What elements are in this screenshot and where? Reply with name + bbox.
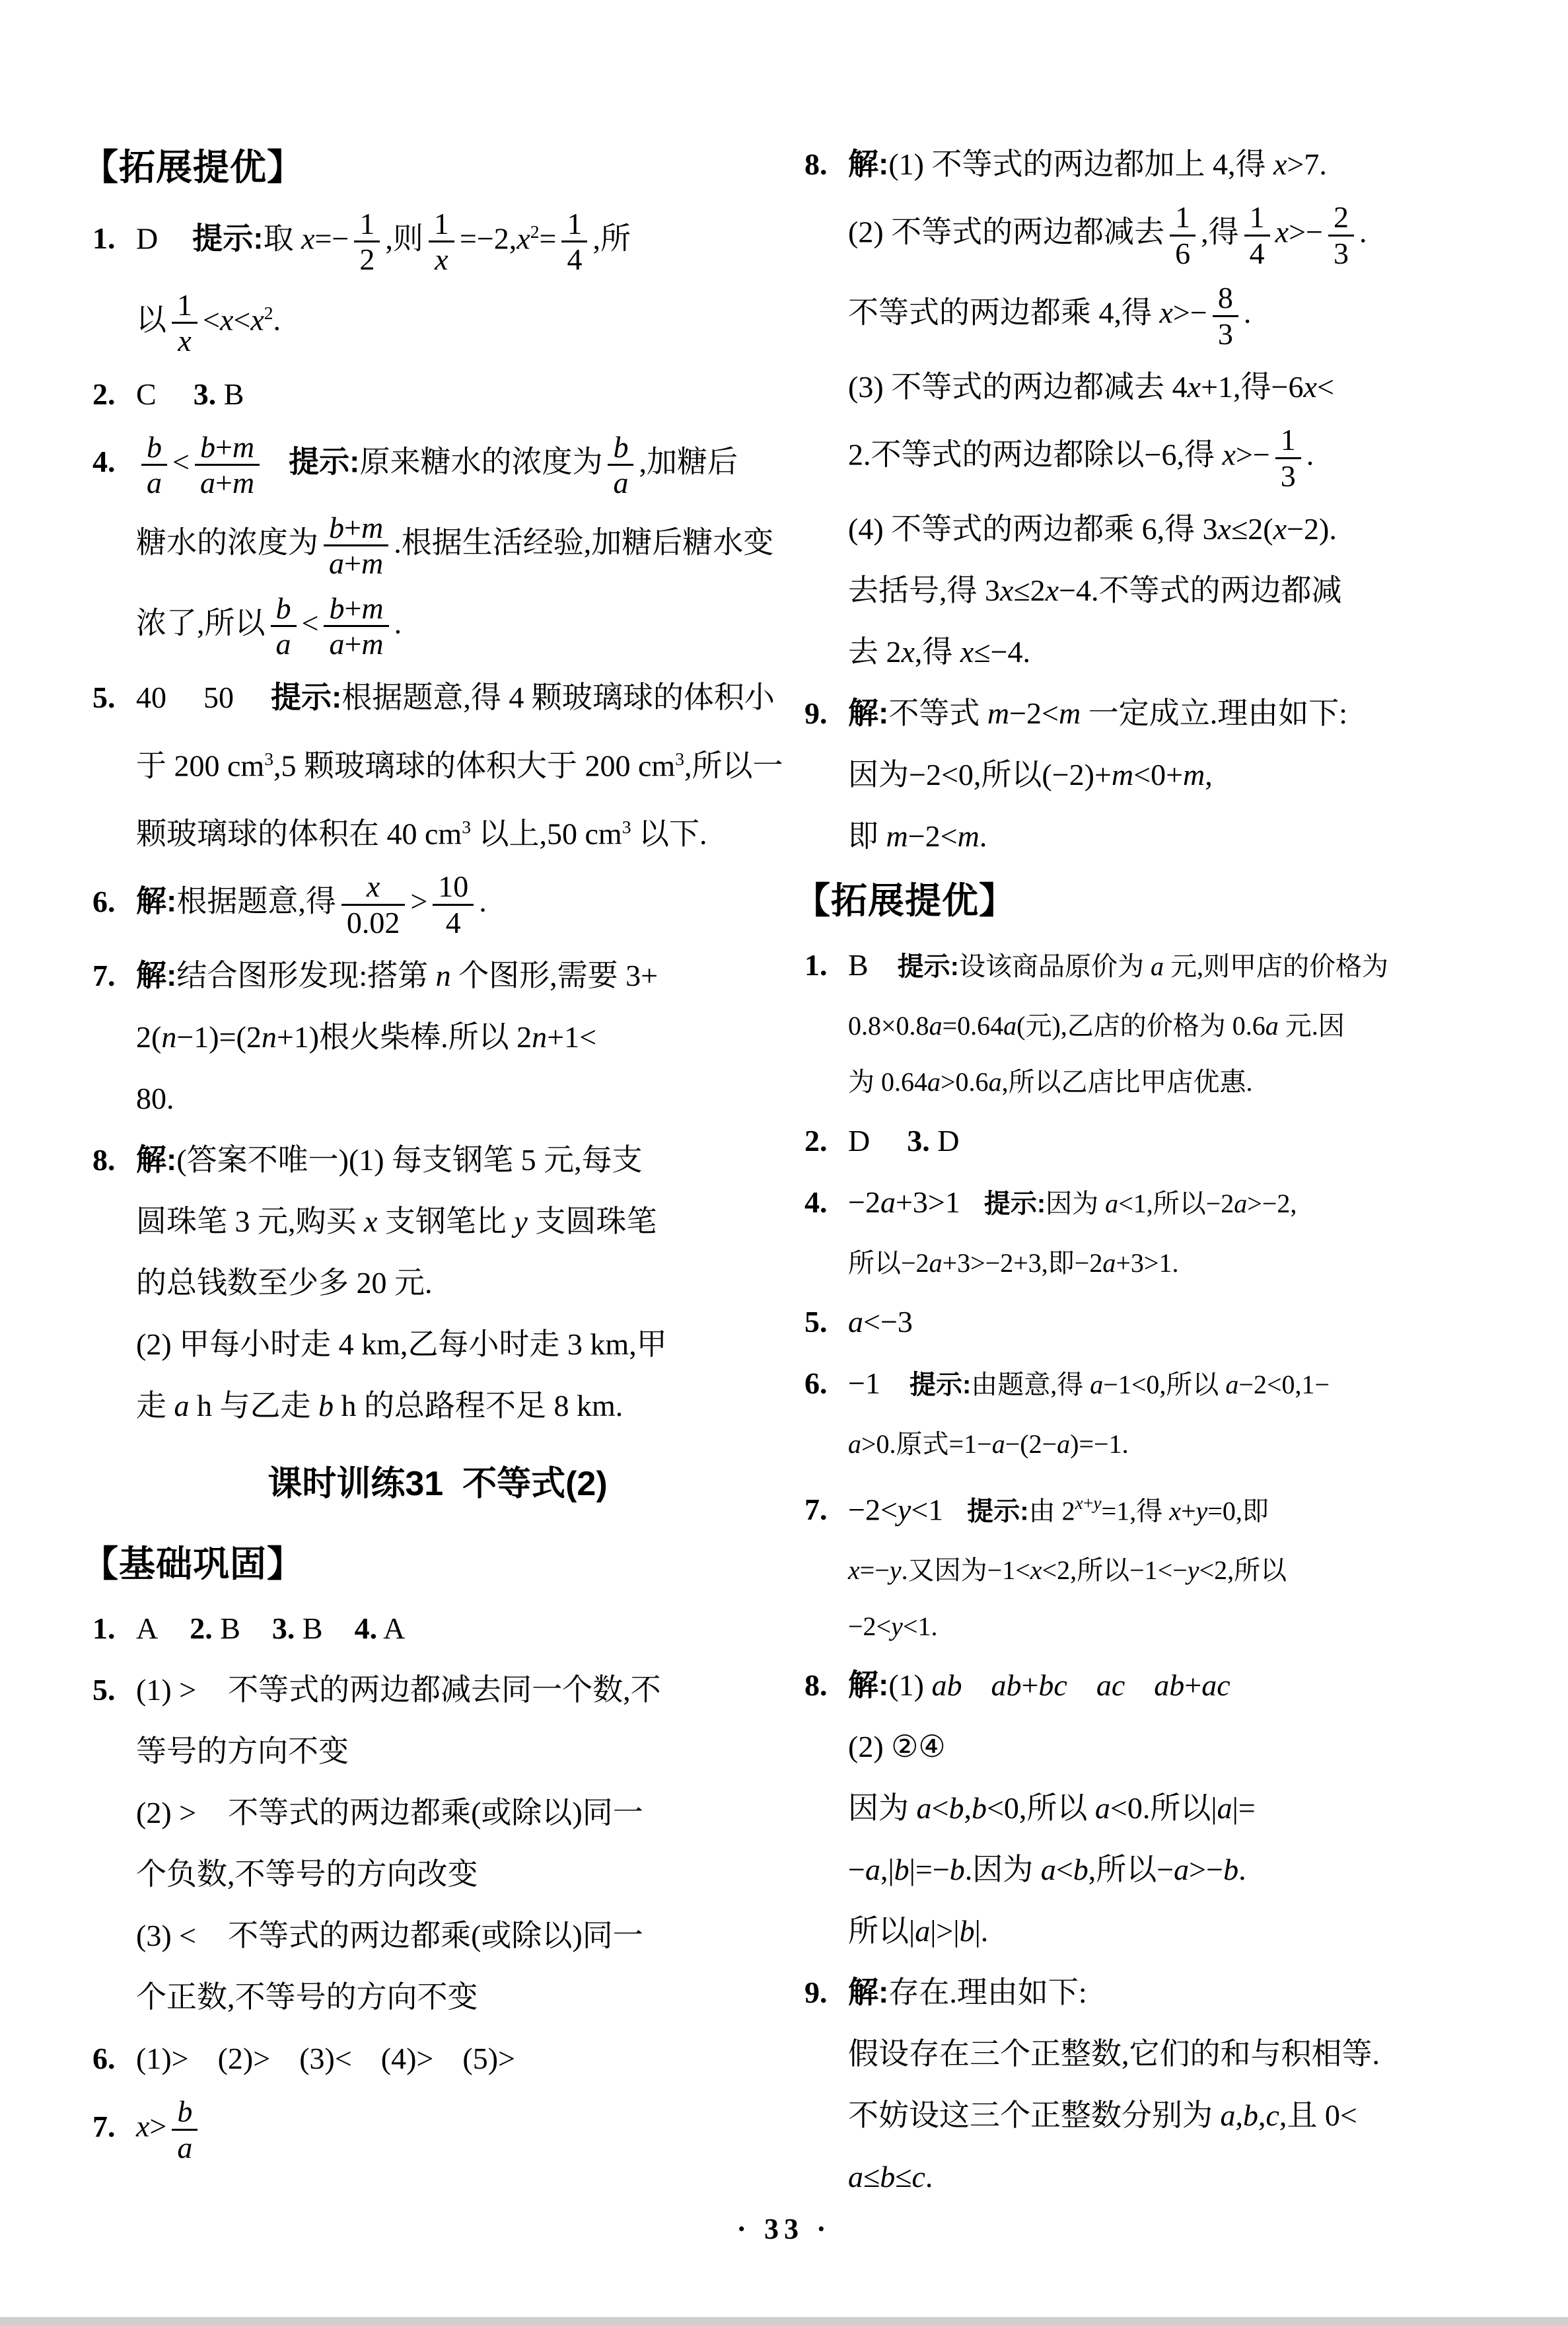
text-run: 不等式 bbox=[888, 696, 987, 730]
text-run: 等号的方向不变 bbox=[136, 1734, 349, 1768]
text-line: 圆珠笔 3 元,购买 x 支钢笔比 y 支圆珠笔 bbox=[92, 1191, 783, 1252]
fraction-denominator: a bbox=[608, 464, 633, 500]
math-variable: m bbox=[361, 546, 383, 580]
text-run: B bbox=[848, 948, 869, 982]
text-run: 不等式的两边都减去同一个数,不 bbox=[228, 1673, 661, 1707]
text-line: 去 2x,得 x≤−4. bbox=[804, 621, 1501, 683]
text-run: 根据题意,得 bbox=[176, 885, 336, 918]
text-run: 40 bbox=[136, 681, 166, 714]
answer-item: 7.解:结合图形发现:搭第 n 个图形,需要 3+2(n−1)=(2n+1)根火… bbox=[92, 945, 783, 1129]
math-variable: x bbox=[1000, 573, 1013, 607]
item-number: 7. bbox=[92, 945, 136, 1006]
math-variable: a bbox=[1221, 2098, 1236, 2132]
fraction-denominator: x bbox=[429, 240, 454, 277]
text-run: (1)> bbox=[136, 2042, 189, 2075]
text-run: . bbox=[980, 819, 987, 853]
text-line: 5.a<−3 bbox=[804, 1291, 1501, 1352]
fraction-numerator: 1 bbox=[1275, 423, 1301, 457]
fraction: 12 bbox=[354, 207, 380, 277]
text-run: , bbox=[1236, 2098, 1244, 2132]
fraction-numerator: b bbox=[141, 430, 167, 464]
answer-item: 9.解:存在.理由如下:假设存在三个正整数,它们的和与积相等.不妨设这三个正整数… bbox=[804, 1962, 1501, 2207]
math-variable: b bbox=[200, 430, 215, 464]
math-variable: a bbox=[929, 1248, 943, 1278]
text-line: −a,|b|=−b.因为 a<b,所以−a>−b. bbox=[804, 1839, 1501, 1900]
math-variable: b bbox=[329, 591, 344, 625]
item-number: 5. bbox=[92, 1659, 136, 1720]
text-line: 9.解:存在.理由如下: bbox=[804, 1962, 1501, 2023]
text-run: 3 bbox=[1281, 459, 1296, 493]
math-variable: y bbox=[898, 1493, 911, 1526]
text-run: 4 bbox=[1250, 237, 1265, 270]
text-run: >0.6 bbox=[941, 1067, 989, 1097]
fraction-numerator: b+m bbox=[324, 511, 388, 545]
item-number: 4. bbox=[92, 431, 136, 492]
solution-label: 提示: bbox=[289, 444, 359, 478]
math-variable: a bbox=[1234, 1189, 1247, 1218]
math-variable: a bbox=[329, 546, 344, 580]
text-run: +3>−2+3,即−2 bbox=[943, 1248, 1103, 1278]
text-run: . bbox=[273, 303, 281, 336]
fraction-denominator: 4 bbox=[433, 904, 474, 940]
text-run: + bbox=[344, 591, 361, 625]
math-variable: b bbox=[329, 511, 344, 544]
fraction-numerator: b+m bbox=[195, 430, 260, 464]
text-run: > bbox=[410, 885, 427, 918]
text-run: > bbox=[149, 2110, 166, 2143]
text-run: 0.8×0.8 bbox=[848, 1011, 929, 1041]
text-line: 以1x<x<x2. bbox=[92, 282, 783, 363]
item-number: 7. bbox=[804, 1479, 848, 1540]
fraction-numerator: b bbox=[608, 430, 633, 464]
math-variable: a bbox=[1003, 1011, 1016, 1041]
text-run: 不等式的两边都乘(或除以)同一 bbox=[228, 1919, 643, 1952]
math-variable: x bbox=[367, 869, 380, 903]
text-line: 因为 a<b,b<0,所以 a<0.所以|a|= bbox=[804, 1777, 1501, 1839]
text-line: (4) 不等式的两边都乘 6,得 3x≤2(x−2). bbox=[804, 498, 1501, 560]
math-variable: m bbox=[1059, 696, 1081, 730]
math-variable: ac bbox=[1201, 1668, 1230, 1702]
text-run: 去 2 bbox=[848, 635, 902, 669]
text-run: 存在.理由如下: bbox=[888, 1975, 1087, 2009]
text-run: (2) 甲每小时走 4 km,乙每小时走 3 km,甲 bbox=[136, 1327, 667, 1361]
math-variable: m bbox=[1183, 758, 1205, 792]
text-run: ,所以乙店比甲店优惠. bbox=[1002, 1067, 1253, 1097]
text-run: < bbox=[932, 1791, 949, 1825]
text-run: C bbox=[136, 377, 157, 411]
math-variable: x bbox=[136, 2110, 149, 2143]
text-line: 9.解:不等式 m−2<m 一定成立.理由如下: bbox=[804, 683, 1501, 744]
text-line: 1.A2. B3. B4. A bbox=[92, 1598, 783, 1659]
math-variable: x bbox=[1160, 296, 1173, 330]
text-line: 8.解:(1) 不等式的两边都加上 4,得 x>7. bbox=[804, 133, 1501, 195]
math-variable: x bbox=[1218, 512, 1231, 546]
text-run: ,得 bbox=[1201, 215, 1239, 249]
text-run: <0+ bbox=[1133, 758, 1183, 792]
fraction-denominator: a bbox=[141, 464, 167, 500]
text-run: 1 bbox=[434, 207, 449, 240]
item-number: 2. bbox=[804, 1110, 848, 1171]
text-run: 元,则甲店的价格为 bbox=[1164, 951, 1388, 981]
text-run: 4 bbox=[567, 242, 582, 276]
page-number: · 33 · bbox=[0, 2212, 1568, 2246]
text-run: − bbox=[848, 1853, 865, 1886]
text-run: 以上,50 cm bbox=[471, 817, 622, 850]
text-run: 2 bbox=[1334, 200, 1349, 234]
text-run: 10 bbox=[438, 869, 468, 903]
text-run: 0.02 bbox=[347, 906, 400, 940]
text-run: . bbox=[1244, 296, 1252, 330]
solution-label: 提示: bbox=[909, 1370, 971, 1399]
text-run: 3 bbox=[1218, 317, 1233, 351]
text-run: . bbox=[394, 606, 402, 640]
text-line: 8.解:(答案不唯一)(1) 每支钢笔 5 元,每支 bbox=[92, 1129, 783, 1191]
text-line: 于 200 cm3,5 颗玻璃球的体积大于 200 cm3,所以一 bbox=[92, 728, 783, 796]
text-run: >− bbox=[1236, 438, 1270, 472]
text-run: 支钢笔比 bbox=[377, 1204, 514, 1238]
text-line: 个正数,不等号的方向不变 bbox=[92, 1966, 783, 2028]
math-variable: x bbox=[301, 221, 314, 255]
text-run: .根据生活经验,加糖后糖水变 bbox=[394, 525, 773, 559]
text-run: < bbox=[233, 303, 250, 336]
math-variable: b bbox=[177, 2094, 192, 2128]
math-variable: x bbox=[1222, 438, 1235, 472]
math-variable: b bbox=[960, 1914, 975, 1948]
superscript: 2 bbox=[264, 303, 273, 323]
text-line: 2.C3. B bbox=[92, 363, 783, 425]
left-column: 【拓展提优】1.D提示:取 x=−12,则1x=−2,x2=14,所以1x<x<… bbox=[92, 133, 783, 2170]
item-number: 1. bbox=[92, 207, 136, 269]
text-line: 0.8×0.8a=0.64a(元),乙店的价格为 0.6a 元.因 bbox=[804, 998, 1501, 1054]
text-run: =1,得 bbox=[1102, 1496, 1170, 1526]
text-run: 8 bbox=[1218, 281, 1233, 314]
text-line: 6.−1提示:由题意,得 a−1<0,所以 a−2<0,1− bbox=[804, 1352, 1501, 1416]
text-run: 以 bbox=[136, 303, 166, 336]
answer-item: 8.解:(答案不唯一)(1) 每支钢笔 5 元,每支圆珠笔 3 元,购买 x 支… bbox=[92, 1129, 783, 1436]
text-run: 3 bbox=[1334, 237, 1349, 270]
text-run: 根据题意,得 4 颗玻璃球的体积小 bbox=[341, 681, 775, 714]
text-run: 由 2 bbox=[1029, 1496, 1075, 1526]
superscript: 2 bbox=[530, 221, 540, 242]
text-run: ≤2( bbox=[1231, 512, 1273, 546]
text-run: 因为−2<0,所以(−2)+ bbox=[848, 758, 1112, 792]
text-run: >0.原式=1− bbox=[861, 1429, 992, 1459]
text-run: + bbox=[215, 466, 232, 499]
text-run: =0,即 bbox=[1207, 1496, 1269, 1526]
fraction-numerator: 8 bbox=[1213, 281, 1238, 315]
math-variable: x bbox=[435, 242, 448, 276]
math-variable: ab bbox=[991, 1668, 1021, 1702]
math-variable: ab bbox=[931, 1668, 962, 1702]
text-run: (1) bbox=[888, 1668, 931, 1702]
text-run: −2). bbox=[1287, 512, 1337, 546]
text-run: (4)> bbox=[381, 2042, 434, 2075]
text-run: =0.64 bbox=[943, 1011, 1004, 1041]
math-variable: a bbox=[848, 2160, 863, 2194]
math-variable: a bbox=[329, 627, 344, 661]
lesson-heading: 课时训练31 不等式(2) bbox=[92, 1454, 783, 1514]
item-number: 4. bbox=[804, 1171, 848, 1233]
text-run: + bbox=[1184, 1668, 1201, 1702]
text-run: 80. bbox=[136, 1082, 174, 1115]
math-variable: m bbox=[987, 696, 1009, 730]
text-line: 1.D提示:取 x=−12,则1x=−2,x2=14,所 bbox=[92, 201, 783, 282]
math-variable: n bbox=[262, 1020, 277, 1054]
fraction-denominator: 2 bbox=[354, 240, 380, 277]
math-variable: a bbox=[1174, 1853, 1189, 1886]
superscript: 3 bbox=[264, 749, 273, 769]
solution-label: 解: bbox=[848, 1668, 888, 1702]
text-run: 结合图形发现:搭第 bbox=[176, 959, 435, 992]
item-number-inline: 2. bbox=[190, 1611, 213, 1645]
math-variable: a bbox=[1225, 1370, 1238, 1399]
text-run: + bbox=[1083, 1493, 1094, 1513]
text-run: D bbox=[136, 221, 158, 255]
text-run: =− bbox=[314, 221, 349, 255]
text-run: (3) 不等式的两边都减去 4 bbox=[848, 370, 1188, 404]
math-variable: a bbox=[1041, 1853, 1056, 1886]
fraction-numerator: 1 bbox=[429, 207, 454, 241]
item-number: 2. bbox=[92, 363, 136, 425]
text-run: −1)=(2 bbox=[176, 1020, 262, 1054]
text-run: = bbox=[539, 221, 556, 255]
text-line: 即 m−2<m. bbox=[804, 805, 1501, 867]
text-run: <0.所以| bbox=[1110, 1791, 1217, 1825]
fraction: 83 bbox=[1213, 281, 1238, 351]
text-line: 7.−2<y<1提示:由 2x+y=1,得 x+y=0,即 bbox=[804, 1472, 1501, 1542]
text-run: 浓了,所以 bbox=[136, 606, 266, 640]
text-run: 一定成立.理由如下: bbox=[1081, 696, 1347, 730]
text-run: ,则 bbox=[385, 221, 423, 255]
fraction-denominator: a bbox=[172, 2129, 197, 2165]
answer-item: 8.解:(1) abab+bcacab+ac(2) ②④因为 a<b,b<0,所… bbox=[804, 1654, 1501, 1962]
fraction: ba bbox=[608, 430, 633, 500]
fraction: ba bbox=[141, 430, 167, 500]
math-variable: a bbox=[915, 1914, 930, 1948]
text-run: 走 bbox=[136, 1389, 174, 1422]
text-run: (2) 不等式的两边都减去 bbox=[848, 215, 1164, 249]
fraction: ba bbox=[271, 591, 297, 661]
text-line: 因为−2<0,所以(−2)+m<0+m, bbox=[804, 744, 1501, 805]
answer-item: 1.D提示:取 x=−12,则1x=−2,x2=14,所以1x<x<x2. bbox=[92, 201, 783, 363]
text-line: −2<y<1. bbox=[804, 1598, 1501, 1654]
answer-item: 4.ba<b+ma+m提示:原来糖水的浓度为ba,加糖后糖水的浓度为b+ma+m… bbox=[92, 425, 783, 667]
text-run: ,5 颗玻璃球的体积大于 200 cm bbox=[273, 749, 675, 782]
text-run: −2<0,1− bbox=[1238, 1370, 1330, 1399]
math-variable: a bbox=[1265, 1011, 1279, 1041]
text-run: 2.不等式的两边都除以−6,得 bbox=[848, 438, 1222, 472]
text-run: 假设存在三个正整数,它们的和与积相等. bbox=[848, 2037, 1380, 2071]
math-variable: m bbox=[886, 819, 908, 853]
text-run: , bbox=[1258, 2098, 1266, 2132]
math-variable: ac bbox=[1096, 1668, 1125, 1702]
math-variable: m bbox=[361, 511, 383, 544]
text-line: 2.不等式的两边都除以−6,得 x>−13. bbox=[804, 418, 1501, 498]
text-run: (1) > bbox=[136, 1673, 196, 1707]
math-variable: y bbox=[514, 1204, 527, 1238]
fraction-denominator: 4 bbox=[1244, 235, 1270, 271]
math-variable: b bbox=[880, 2160, 895, 2194]
fraction-numerator: 1 bbox=[1244, 200, 1270, 235]
text-run: −1<0,所以 bbox=[1103, 1370, 1225, 1399]
fraction: 23 bbox=[1328, 200, 1354, 270]
math-variable: m bbox=[361, 591, 383, 625]
text-line: (2) 甲每小时走 4 km,乙每小时走 3 km,甲 bbox=[92, 1313, 783, 1375]
text-run: 1 bbox=[177, 288, 192, 322]
fraction: 14 bbox=[1244, 200, 1270, 270]
text-run: h 的总路程不足 8 km. bbox=[334, 1389, 623, 1422]
item-number: 9. bbox=[804, 683, 848, 744]
text-run: A bbox=[136, 1611, 158, 1645]
text-run: 由题意,得 bbox=[971, 1370, 1090, 1399]
fraction: 1x bbox=[429, 207, 454, 277]
item-number-inline: 3. bbox=[194, 377, 217, 411]
math-variable: a bbox=[1057, 1429, 1070, 1459]
text-line: (2) ②④ bbox=[804, 1716, 1501, 1777]
item-number: 1. bbox=[92, 1598, 136, 1659]
text-run: + bbox=[1181, 1496, 1196, 1526]
text-line: 6.解:根据题意,得x0.02>104. bbox=[92, 864, 783, 945]
answer-item: 1.B提示:设该商品原价为 a 元,则甲店的价格为0.8×0.8a=0.64a(… bbox=[804, 934, 1501, 1110]
text-run: +1< bbox=[547, 1020, 596, 1054]
text-line: 2(n−1)=(2n+1)根火柴棒.所以 2n+1< bbox=[92, 1006, 783, 1068]
text-run: . bbox=[1238, 1853, 1246, 1886]
text-line: 走 a h 与乙走 b h 的总路程不足 8 km. bbox=[92, 1375, 783, 1436]
math-variable: m bbox=[232, 466, 254, 499]
text-run: .又因为−1< bbox=[902, 1555, 1030, 1585]
text-run: +3>1 bbox=[896, 1185, 960, 1219]
solution-label: 解: bbox=[848, 1975, 888, 2009]
math-variable: m bbox=[958, 819, 980, 853]
math-variable: x bbox=[1273, 512, 1287, 546]
solution-label: 提示: bbox=[192, 221, 263, 255]
text-line: 不妨设这三个正整数分别为 a,b,c,且 0< bbox=[804, 2085, 1501, 2146]
math-variable: a bbox=[613, 466, 628, 499]
answer-item: 5.(1) >不等式的两边都减去同一个数,不等号的方向不变(2) >不等式的两边… bbox=[92, 1659, 783, 2028]
math-variable: a bbox=[1217, 1791, 1232, 1825]
text-run: < bbox=[1056, 1853, 1073, 1886]
text-run: 支圆珠笔 bbox=[528, 1204, 657, 1238]
solution-label: 解: bbox=[136, 958, 176, 992]
fraction-numerator: b bbox=[271, 591, 297, 626]
math-variable: y bbox=[891, 1611, 903, 1641]
text-line: x=−y.又因为−1<x<2,所以−1<−y<2,所以 bbox=[804, 1542, 1501, 1598]
text-run: (3) < bbox=[136, 1919, 196, 1952]
item-number: 5. bbox=[804, 1291, 848, 1352]
text-run: <0,所以 bbox=[987, 1791, 1095, 1825]
text-run: 为 0.64 bbox=[848, 1067, 927, 1097]
text-line: 所以−2a+3>−2+3,即−2a+3>1. bbox=[804, 1235, 1501, 1291]
text-line: 1.B提示:设该商品原价为 a 元,则甲店的价格为 bbox=[804, 934, 1501, 998]
math-variable: x bbox=[220, 303, 233, 336]
answer-item: 1.A2. B3. B4. A bbox=[92, 1598, 783, 1659]
text-run: 的总钱数至少多 20 元. bbox=[136, 1266, 433, 1300]
superscript: x+y bbox=[1075, 1493, 1102, 1513]
text-run: +1,得−6 bbox=[1201, 370, 1303, 404]
text-run: 2( bbox=[136, 1020, 161, 1054]
text-run: 因为 bbox=[848, 1791, 917, 1825]
section-heading: 【拓展提优】 bbox=[794, 867, 1501, 934]
page-bottom-edge bbox=[0, 2317, 1568, 2325]
text-run: ,加糖后 bbox=[639, 445, 738, 478]
item-number-inline: 4. bbox=[355, 1611, 378, 1645]
fraction: 1x bbox=[172, 288, 197, 358]
math-variable: x bbox=[848, 1555, 860, 1585]
text-run: <1,所以−2 bbox=[1118, 1189, 1234, 1218]
answer-item: 7.x>ba bbox=[92, 2089, 783, 2170]
item-number-inline: 3. bbox=[272, 1611, 295, 1645]
superscript: 3 bbox=[622, 817, 631, 837]
math-variable: x bbox=[1275, 215, 1289, 249]
text-run: 糖水的浓度为 bbox=[136, 525, 318, 559]
math-variable: m bbox=[232, 430, 254, 464]
text-run: +1)根火柴棒.所以 2 bbox=[277, 1020, 532, 1054]
text-run: (2) > bbox=[136, 1796, 196, 1829]
text-run: ,得 bbox=[915, 635, 960, 669]
math-variable: a bbox=[276, 627, 291, 661]
text-run: 元.因 bbox=[1279, 1011, 1345, 1041]
math-variable: b bbox=[1223, 1853, 1238, 1886]
math-variable: y bbox=[1196, 1496, 1208, 1526]
answer-item: 8.解:(1) 不等式的两边都加上 4,得 x>7.(2) 不等式的两边都减去1… bbox=[804, 133, 1501, 683]
text-run: A bbox=[377, 1611, 405, 1645]
text-run: < bbox=[203, 303, 220, 336]
solution-label: 解: bbox=[848, 696, 888, 730]
text-run: (3)< bbox=[299, 2042, 352, 2075]
math-variable: x bbox=[250, 303, 264, 336]
text-run: + bbox=[1021, 1668, 1038, 1702]
fraction-denominator: a+m bbox=[324, 625, 388, 661]
item-number: 7. bbox=[92, 2096, 136, 2157]
math-variable: x bbox=[960, 635, 974, 669]
math-variable: a bbox=[1090, 1370, 1103, 1399]
text-run: ,| bbox=[880, 1853, 894, 1886]
fraction-denominator: x bbox=[172, 322, 197, 358]
text-line: (3) <不等式的两边都乘(或除以)同一 bbox=[92, 1905, 783, 1966]
math-variable: b bbox=[147, 430, 162, 464]
fraction-numerator: 1 bbox=[1170, 200, 1195, 235]
math-variable: n bbox=[161, 1020, 176, 1054]
solution-label: 解: bbox=[848, 147, 888, 181]
fraction-denominator: 3 bbox=[1213, 315, 1238, 351]
item-number: 8. bbox=[804, 1654, 848, 1716]
math-variable: a bbox=[147, 466, 162, 499]
text-run: 4 bbox=[446, 906, 461, 940]
fraction: b+ma+m bbox=[195, 430, 260, 500]
math-variable: x bbox=[1273, 147, 1287, 181]
text-line: 的总钱数至少多 20 元. bbox=[92, 1252, 783, 1313]
text-run: , bbox=[964, 1791, 972, 1825]
math-variable: b bbox=[1243, 2098, 1258, 2132]
text-run: 6 bbox=[1175, 237, 1190, 270]
item-number: 5. bbox=[92, 667, 136, 728]
fraction-numerator: b bbox=[172, 2094, 197, 2129]
superscript: 3 bbox=[462, 817, 471, 837]
math-variable: b bbox=[1073, 1853, 1088, 1886]
text-run: >− bbox=[1289, 215, 1323, 249]
math-variable: a bbox=[1105, 1189, 1118, 1218]
text-run: 不等式的两边都乘(或除以)同一 bbox=[228, 1796, 643, 1829]
text-run: 个负数,不等号的方向改变 bbox=[136, 1857, 478, 1891]
answer-page: 【拓展提优】1.D提示:取 x=−12,则1x=−2,x2=14,所以1x<x<… bbox=[0, 0, 1568, 2325]
answer-item: 2.C3. B bbox=[92, 363, 783, 425]
math-variable: a bbox=[865, 1853, 880, 1886]
math-variable: a bbox=[929, 1011, 943, 1041]
right-column: 8.解:(1) 不等式的两边都加上 4,得 x>7.(2) 不等式的两边都减去1… bbox=[804, 133, 1501, 2207]
fraction: 16 bbox=[1170, 200, 1195, 270]
solution-label: 提示: bbox=[984, 1189, 1046, 1218]
math-variable: x bbox=[178, 324, 191, 357]
